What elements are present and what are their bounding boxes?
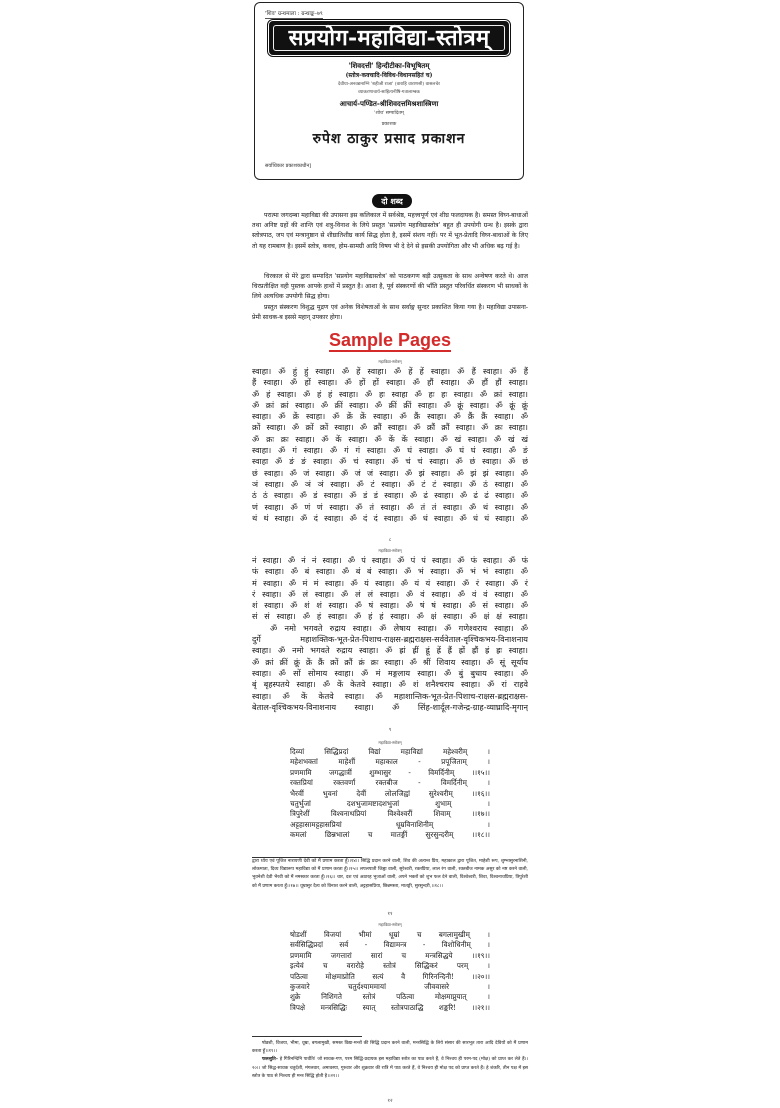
publisher: रुपेश ठाकुर प्रसाद प्रकाशन — [255, 129, 523, 148]
text-line: शं स्वाहा। ॐ शं शं स्वाहा। ॐ षं स्वाहा। … — [252, 600, 528, 611]
text-line: ॐ नमो भगवते रुद्राय स्वाहा। ॐ लेषाय स्वा… — [252, 623, 528, 634]
cover-line-6: 'शोध' सम्पादितम् — [255, 110, 523, 116]
text-line: ञं स्वाहा। ॐ ञं ञं स्वाहा। ॐ टं स्वाहा। … — [252, 479, 528, 490]
cover-line-4: व्याकरणाचार्य-साहित्यनीषि-गतालाम्बक — [255, 89, 523, 95]
verse-line: त्रिपक्षे मन्त्रसिद्धिः स्यात् स्तोत्रपा… — [290, 1003, 490, 1013]
verse-line: शुक्रे निशिगते स्तोत्रं पठित्वा मोक्षमाप… — [290, 992, 490, 1002]
verse-line: रक्तप्रियां रक्तवर्णां रक्तबीज - विमर्दि… — [290, 778, 490, 788]
page-number: ८ — [252, 537, 528, 543]
text-line: स्वाहा ॐ ङं ङं स्वाहा। ॐ चं स्वाहा। ॐ चं… — [252, 456, 528, 467]
text-line: क्रों स्वाहा। ॐ क्रों क्रों स्वाहा। ॐ क्… — [252, 422, 528, 433]
text-line: स्वाहा। ॐ कें केतवे स्वाहा। ॐ महाशान्तिक… — [252, 691, 528, 702]
foreword-paragraph-2: चिरकाल से मेरे द्वारा सम्पादित 'सप्रयोग … — [252, 272, 528, 303]
verse-line: दिव्यां सिद्धिप्रदां विद्यां महाविद्यां … — [290, 747, 490, 757]
cover-box: 'शिव' ग्रन्थमाला : ग्रन्थाङ्क–७९ सप्रयोग… — [254, 2, 524, 180]
running-head: महाविद्या-स्तोत्रम् — [252, 359, 528, 365]
text-line: ॐ क्रां क्रां स्वाहा। ॐ क्रीं स्वाहा। ॐ … — [252, 400, 528, 411]
phalashruti-paragraph: फलश्रुति– हे गिरिनन्दिनि पार्वति! जो साध… — [252, 1056, 528, 1081]
rights-notice: सर्वाधिकार प्रकाशकाधीन] — [265, 163, 311, 169]
foreword-heading: दो शब्द — [372, 194, 412, 208]
text-line: स्वाहा। ॐ गं स्वाहा। ॐ गं गं स्वाहा। ॐ घ… — [252, 445, 528, 456]
footnote-divider — [252, 1036, 362, 1037]
page-3-verses: दिव्यां सिद्धिप्रदां विद्यां महाविद्यां … — [290, 747, 490, 841]
text-line: हैं स्वाहा। ॐ हों स्वाहा। ॐ हों हों स्वा… — [252, 377, 528, 388]
text-line: ॐ हं स्वाहा। ॐ हं हं स्वाहा। ॐ हः स्वाहा… — [252, 389, 528, 400]
foreword-paragraph-1: परात्मा जगदम्बा महाविद्या की उपासना इस क… — [252, 211, 528, 252]
verse-line: सर्वसिद्धिप्रदां सर्व - विद्यामन्त्र - व… — [290, 940, 490, 950]
running-head: महाविद्या-स्तोत्रम् — [252, 548, 528, 554]
cover-line-3: देवीया-अनवद्यनाम्नि 'शहीजी राजा' (वाराहि… — [255, 81, 523, 87]
running-head: महाविद्या-स्तोत्रम् — [252, 922, 528, 928]
page-4-verses: षोडशीं विजयां भीमां धूम्रां च बगलामुखीम्… — [290, 930, 490, 1013]
verse-line: पठित्वा मोक्षमाप्नोति सत्यं वै गिरिनन्दि… — [290, 972, 490, 982]
text-line: फं स्वाहा। ॐ बं स्वाहा। ॐ बं बं स्वाहा। … — [252, 566, 528, 577]
verse-line: त्रिपुरेशीं विश्वनाथप्रियां विश्वेश्वरीं… — [290, 809, 490, 819]
phalashruti-label: फलश्रुति– — [262, 1057, 278, 1062]
verse-line: महेशभक्तां माहेशीं महाकाल - प्रपूजिताम् … — [290, 757, 490, 767]
verse-line: प्रणमामि जगद्धात्रीं शुम्भासुर - विमर्दि… — [290, 768, 490, 778]
title-banner: सप्रयोग-महाविद्या-स्तोत्रम् — [269, 21, 509, 55]
page-4-footnote: षोडशी, विजया, भीमा, धूम्रा, बगलामुखी, सम… — [252, 1040, 528, 1081]
verse-line: कुजवारे चतुर्दश्याममायां जीववासरे । — [290, 982, 490, 992]
text-line: बृं बृहस्पतये स्वाहा। ॐ कें केतवे स्वाहा… — [252, 679, 528, 690]
text-line: रं स्वाहा। ॐ लं स्वाहा। ॐ लं लं स्वाहा। … — [252, 589, 528, 600]
footnote-paragraph: षोडशी, विजया, भीमा, धूम्रा, बगलामुखी, सम… — [252, 1040, 528, 1056]
text-line: ॐ क्रां क्रीं क्रूं क्रें क्रैं क्रों क्… — [252, 657, 528, 668]
cover-line-7: प्रकाशक — [255, 121, 523, 127]
text-line: नं स्वाहा। ॐ नं नं स्वाहा। ॐ पं स्वाहा। … — [252, 555, 528, 566]
verse-line: अट्टहासामट्टहासप्रियां धूम्रविनाशिनीम् । — [290, 820, 490, 830]
text-line: मं स्वाहा। ॐ मं मं स्वाहा। ॐ यं स्वाहा। … — [252, 578, 528, 589]
page-number: ११ — [252, 911, 528, 917]
sample-pages-label: Sample Pages — [252, 330, 528, 351]
verse-line: भैरवीं भुवनां देवीं लोलजिह्वां सुरेश्वरी… — [290, 789, 490, 799]
subtitle: 'शिवदत्ती' हिन्दीटीका-विभूषितम् — [255, 61, 523, 71]
verse-line: इत्येवं च वरारोहे स्तोत्रं सिद्धिकरं परम… — [290, 961, 490, 971]
verse-line: षोडशीं विजयां भीमां धूम्रां च बगलामुखीम्… — [290, 930, 490, 940]
author: आचार्य-पण्डित-श्रीशिवदत्तमिश्रशास्त्रिणा — [255, 99, 523, 109]
subtitle-2: (स्तोत्र-कवचादि-विविध-विधानसहितं च) — [255, 71, 523, 79]
text-line: स्वाहा। ॐ नमो भगवते रुद्राय स्वाहा। ॐ ह्… — [252, 645, 528, 656]
foreword-paragraph-3: प्रस्तुत संस्करण विशुद्ध मुद्रण एवं अनेक… — [252, 303, 528, 323]
text-line: स्वाहा। ॐ सों सोमाय स्वाहा। ॐ मं मङ्गलाय… — [252, 668, 528, 679]
text-line: दुर्गे महाशक्तिक-भूत-प्रेत-पिशाच-राक्षस-… — [252, 634, 528, 645]
text-line: ठं ठं स्वाहा। ॐ डं स्वाहा। ॐ डं डं स्वाह… — [252, 490, 528, 501]
verse-line: प्रणमामि जगत्तारां सारां च मन्त्रसिद्धये… — [290, 951, 490, 961]
text-line: छं स्वाहा। ॐ जं स्वाहा। ॐ जं जं स्वाहा। … — [252, 468, 528, 479]
page-number: १२ — [252, 1098, 528, 1104]
verse-line: कमलां छिन्नभालां च मातङ्गीं सुरसुन्दरीम्… — [290, 830, 490, 840]
text-line: स्वाहा। ॐ क्रें स्वाहा। ॐ क्रें क्रें स्… — [252, 411, 528, 422]
text-line: बेताल-वृश्चिकभय-विनाशनाय स्वाहा। ॐ सिंह-… — [252, 702, 528, 713]
text-line: णं स्वाहा। ॐ णं णं स्वाहा। ॐ तं स्वाहा। … — [252, 502, 528, 513]
text-line: सं सं स्वाहा। ॐ हं स्वाहा। ॐ हं हं स्वाह… — [252, 611, 528, 622]
page-number: ९ — [252, 727, 528, 733]
verse-line: चतुर्भुजां दशभुजामष्टादशभुजां शुभाम् । — [290, 799, 490, 809]
text-line: थं थं स्वाहा। ॐ दं स्वाहा। ॐ दं दं स्वाह… — [252, 513, 528, 524]
text-line: ॐ क्रः क्रः स्वाहा। ॐ कें स्वाहा। ॐ कें … — [252, 434, 528, 445]
banner-inner-border — [273, 25, 505, 51]
page-1-text: स्वाहा। ॐ हुं हुं स्वाहा। ॐ हें स्वाहा। … — [252, 366, 528, 524]
text-line: स्वाहा। ॐ हुं हुं स्वाहा। ॐ हें स्वाहा। … — [252, 366, 528, 377]
page-3-footnote: द्वारा ध्येय एवं पूजित नारायणी देवी को म… — [252, 858, 528, 891]
series-label: 'शिव' ग्रन्थमाला : ग्रन्थाङ्क–७९ — [265, 9, 323, 19]
running-head: महाविद्या-स्तोत्रम् — [252, 740, 528, 746]
page-2-text: नं स्वाहा। ॐ नं नं स्वाहा। ॐ पं स्वाहा। … — [252, 555, 528, 713]
